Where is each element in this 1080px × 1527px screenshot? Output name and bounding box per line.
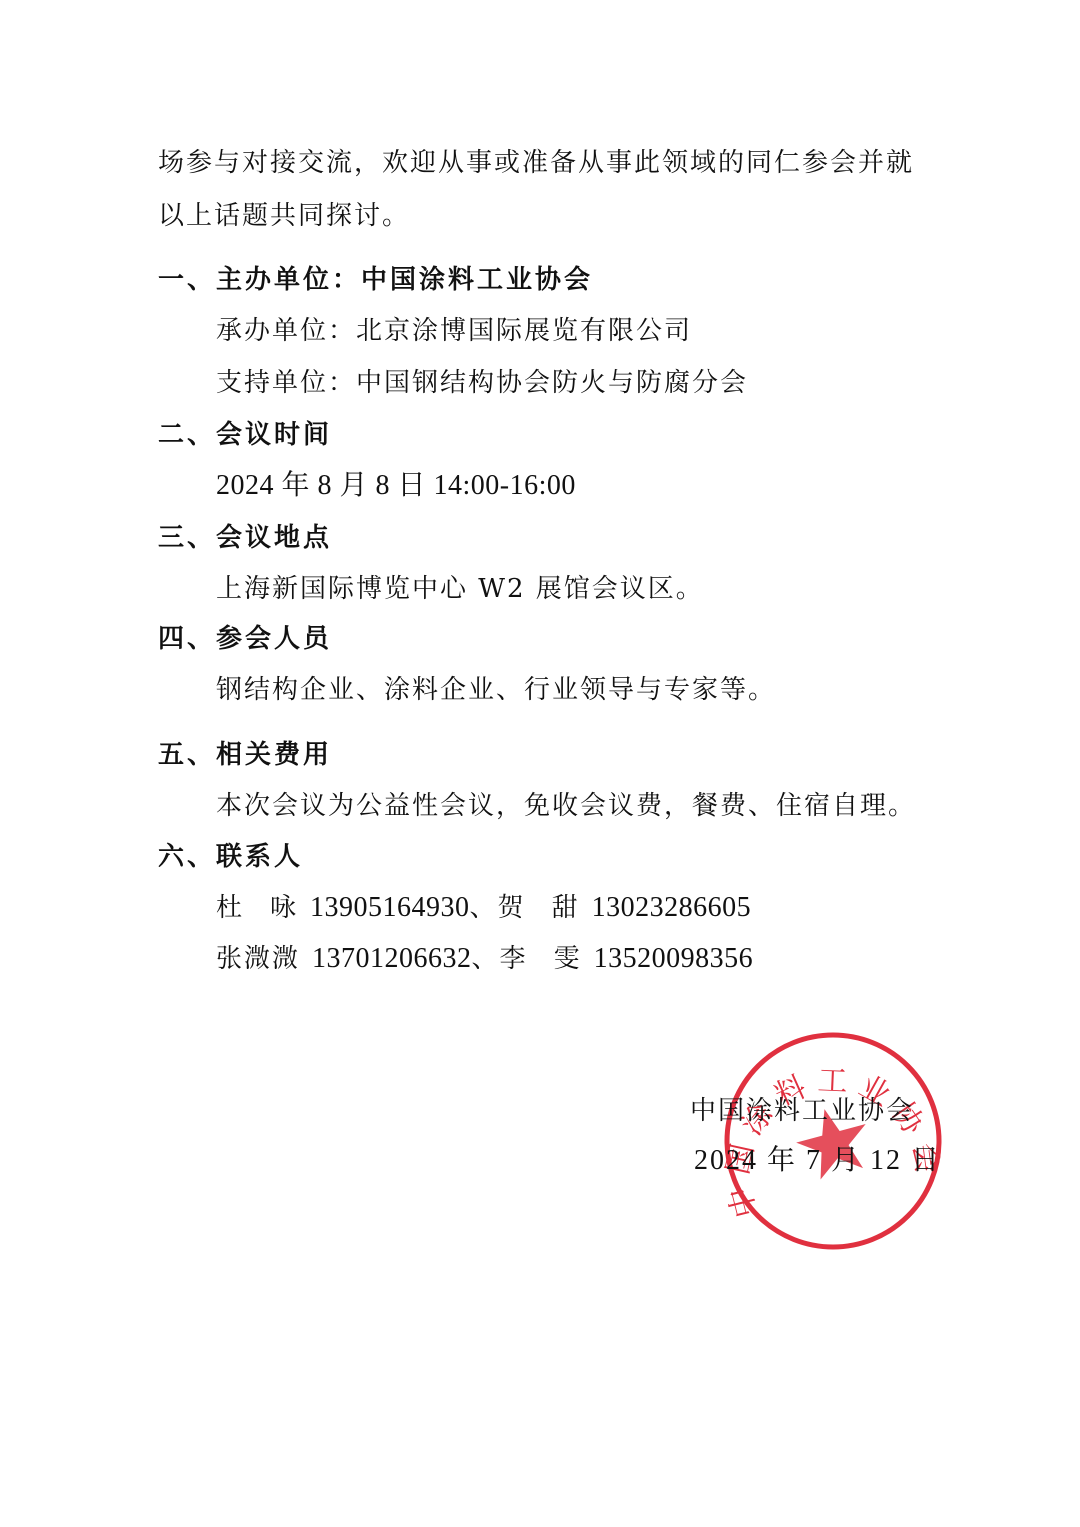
section-heading-location: 三、会议地点 bbox=[158, 521, 332, 555]
section-heading-time: 二、会议时间 bbox=[158, 418, 332, 452]
signature-date: 2024 年 7 月 12 日 bbox=[694, 1144, 941, 1178]
intro-line-1: 场参与对接交流，欢迎从事或准备从事此领域的同仁参会并就 bbox=[158, 146, 914, 180]
fees-line: 本次会议为公益性会议，免收会议费，餐费、住宿自理。 bbox=[216, 789, 916, 823]
contact-row-1: 杜咏13905164930、贺甜13023286605 bbox=[216, 891, 751, 925]
contact-row-2: 张溦溦13701206632、李雯13520098356 bbox=[216, 942, 753, 976]
section-heading-fees: 五、相关费用 bbox=[158, 738, 332, 772]
intro-line-2: 以上话题共同探讨。 bbox=[158, 199, 410, 233]
contact-name: 李雯 bbox=[500, 944, 582, 974]
contact-phone: 13905164930 bbox=[310, 892, 470, 923]
contact-phone: 13023286605 bbox=[592, 892, 752, 923]
attendees-line: 钢结构企业、涂料企业、行业领导与专家等。 bbox=[216, 673, 776, 707]
contact-name: 张溦溦 bbox=[216, 944, 300, 974]
section-heading-contacts: 六、联系人 bbox=[158, 840, 303, 874]
official-seal-icon: 中国涂料工业协会 bbox=[722, 1030, 944, 1252]
supporter-line: 支持单位：中国钢结构协会防火与防腐分会 bbox=[216, 366, 748, 400]
section-heading-organizer: 一、主办单位：中国涂料工业协会 bbox=[158, 263, 593, 297]
signature-org: 中国涂料工业协会 bbox=[690, 1094, 914, 1128]
contact-name: 杜咏 bbox=[216, 893, 298, 923]
meeting-location: 上海新国际博览中心 W2 展馆会议区。 bbox=[216, 572, 704, 606]
section-heading-attendees: 四、参会人员 bbox=[158, 622, 332, 656]
contact-phone: 13701206632 bbox=[312, 943, 472, 974]
co-organizer-line: 承办单位：北京涂博国际展览有限公司 bbox=[216, 314, 692, 348]
contact-phone: 13520098356 bbox=[594, 943, 754, 974]
meeting-time: 2024 年 8 月 8 日 14:00-16:00 bbox=[216, 469, 576, 503]
contact-name: 贺甜 bbox=[498, 893, 580, 923]
